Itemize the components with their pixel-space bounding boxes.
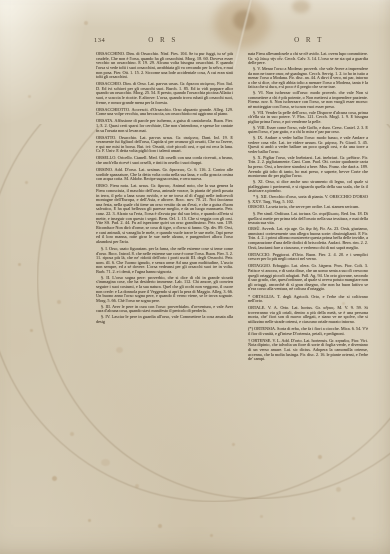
- running-title-right: O R T: [284, 36, 334, 44]
- section-xii: * §. XII. Orecchio d'orso, sorta di pian…: [248, 195, 368, 204]
- foxing-spot: [30, 329, 33, 332]
- right-column: nata Fiera allevandosele a chi se n'è av…: [248, 52, 368, 364]
- section-viii: §. VIII. Esser come l'orso, vale Goffo, …: [248, 126, 368, 135]
- section-v: §. V. Menar l'orso a Modena: proverb. ch…: [248, 67, 368, 90]
- entry-orsu: ORSÙ. Avverb. Lat. eja age. Gr. ἄγε δή. …: [248, 227, 368, 250]
- entry-orsino: ORSINO. Add. D'orso. Lat. ursinus. Gr. ἄ…: [96, 168, 233, 182]
- entry-ortale: ORTALE. V. A. Orto. Lat. hortus. Gr. κῆπ…: [248, 306, 368, 325]
- section-vii: §. VII. Vender la pelle dell'orso, vale …: [248, 111, 368, 125]
- foxing-spot: [28, 95, 31, 98]
- foxing-spot: [57, 300, 61, 304]
- section-ix: §. IX. Andare a veder ballar l'orso: mod…: [248, 136, 368, 155]
- foxing-spot: [25, 181, 28, 184]
- paper-sheet: 134 O R S O R T ORSACCHINO. Dim. di Orsa…: [0, 0, 390, 554]
- foxing-spot: [88, 519, 91, 522]
- entry-ortense: † ORTENSE. V. L. Add. D'orto. Lat. horte…: [248, 339, 368, 362]
- section-per-simil: §. Per simil. Orditura. Lat. tortura. Gr…: [248, 212, 368, 226]
- foxing-spot: [260, 515, 263, 518]
- section-iii: §. III. Aver le pere in cura con l'orso:…: [96, 305, 233, 314]
- scanned-book-page: 134 O R S O R T ORSACCHINO. Dim. di Orsa…: [0, 0, 390, 554]
- entry-ortensia: (*) ORTENSIA. Sorta di erba, che fa i fi…: [248, 327, 368, 336]
- foxing-spot: [70, 432, 74, 436]
- text-block: ORSACCHINO. Dim. di Orsacchio. Ninf. Fie…: [96, 52, 368, 364]
- entry-ortaccio: ORTACCIO. Peggiorat. d'Orto. Buon. Fier.…: [248, 253, 368, 262]
- entry-orso: ORSO. Fiera nota. Lat. ursus. Gr. ἄρκτος…: [96, 184, 233, 244]
- foxing-spot: [210, 534, 213, 537]
- section-vi: §. VI. Non ischerzar coll'orso: modo pro…: [248, 91, 368, 110]
- entry-orsoio: ORSOIO. La seta torta, che serve per ord…: [248, 205, 368, 210]
- foxing-spot: [52, 476, 57, 481]
- page-number: 134: [94, 37, 105, 44]
- foxing-spot: [101, 459, 110, 466]
- section-i: §. I. Orso, usato figuratam. per la fama…: [96, 247, 233, 275]
- foxing-spot: [336, 487, 341, 492]
- section-ii: §. II. L'orso sogna pere: proverbio, che…: [96, 276, 233, 304]
- foxing-spot: [135, 484, 139, 488]
- running-title-left: O R S: [138, 36, 188, 44]
- entry-ortaglia: * ORTAGLIA. T. degli Agricolt. Orto, e l…: [248, 295, 368, 304]
- foxing-spot: [18, 263, 21, 266]
- entry-orsacchio: ORSACCHIO. Dim. di Orso. Lat. parvus urs…: [96, 82, 233, 105]
- foxing-spot: [158, 524, 162, 528]
- entry-orsatto: ORSATTO. Orsacchio. Lat. parvus ursus. G…: [96, 136, 233, 155]
- entry-orsacchiotto: ORSACCHIOTTO. Accrescit. d'Orsacchio. Or…: [96, 108, 233, 117]
- entry-orsata: ORSATA. Affissione di parole per ischern…: [96, 119, 233, 133]
- section-iv-continuation: nata Fiera allevandosele a chi se n'è av…: [248, 52, 368, 66]
- section-iv: §. IV. Lasciar le pere in guardia all'or…: [96, 315, 233, 324]
- section-x: §. X. Pigliar l'orso, vale Inebriarsi. L…: [248, 156, 368, 179]
- foxing-spot: [232, 443, 235, 446]
- entry-orsello: ORSELLO. Oricello. Cianell. Med. Gli ors…: [96, 156, 233, 165]
- foxing-spot: [352, 517, 355, 520]
- foxing-spot: [318, 455, 322, 459]
- entry-ortaggio: ORTAGGIO. Erbaggio. Lat. olera. Gr. λάχα…: [248, 264, 368, 292]
- entry-orsacchino: ORSACCHINO. Dim. di Orsacchio. Ninf. Fie…: [96, 52, 233, 80]
- stain: [292, 0, 310, 13]
- left-column: ORSACCHINO. Dim. di Orsacchio. Ninf. Fie…: [96, 52, 233, 364]
- section-xi: §. XI. Orso, si dice anche uno strumento…: [248, 180, 368, 194]
- foxing-spot: [84, 21, 88, 25]
